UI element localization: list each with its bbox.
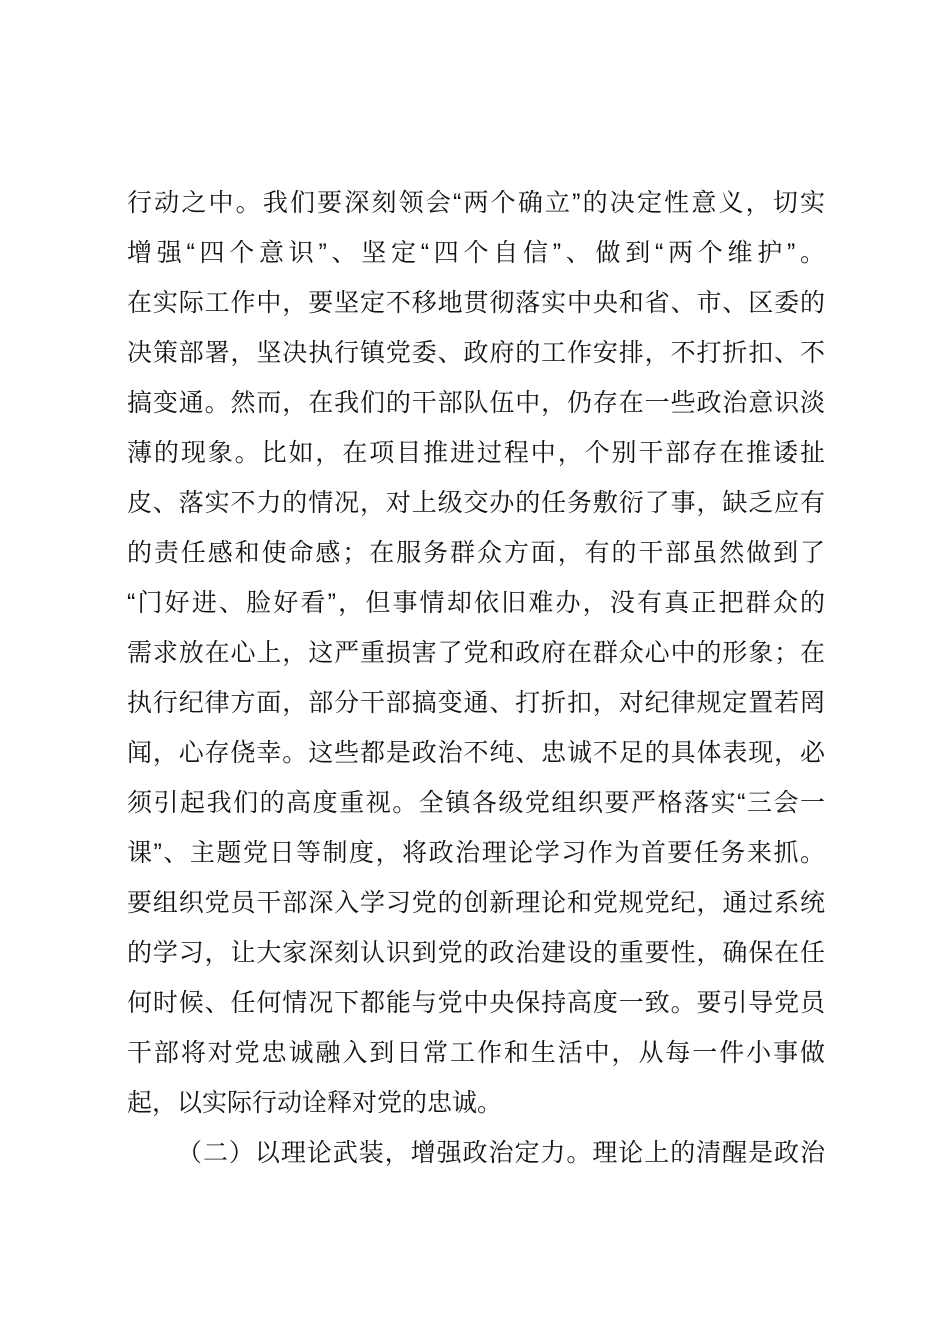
document-line: 执行纪律方面，部分干部搞变通、打折扣，对纪律规定置若罔 xyxy=(127,678,825,728)
document-line: 增强“四个意识”、坚定“四个自信”、做到“两个维护”。 xyxy=(127,228,825,278)
document-line: 在实际工作中，要坚定不移地贯彻落实中央和省、市、区委的 xyxy=(127,278,825,328)
document-line: 干部将对党忠诚融入到日常工作和生活中，从每一件小事做 xyxy=(127,1028,825,1078)
document-line: 搞变通。然而，在我们的干部队伍中，仍存在一些政治意识淡 xyxy=(127,378,825,428)
text-block: 行动之中。我们要深刻领会“两个确立”的决定性意义，切实 增强“四个意识”、坚定“… xyxy=(127,178,825,1178)
document-line-paragraph-end: 起，以实际行动诠释对党的忠诚。 xyxy=(127,1078,825,1128)
document-line: 要组织党员干部深入学习党的创新理论和党规党纪，通过系统 xyxy=(127,878,825,928)
document-line: 薄的现象。比如，在项目推进过程中，个别干部存在推诿扯 xyxy=(127,428,825,478)
document-line: 皮、落实不力的情况，对上级交办的任务敷衍了事，缺乏应有 xyxy=(127,478,825,528)
document-line: 须引起我们的高度重视。全镇各级党组织要严格落实“三会一 xyxy=(127,778,825,828)
document-line: 闻，心存侥幸。这些都是政治不纯、忠诚不足的具体表现，必 xyxy=(127,728,825,778)
document-line-section-heading: （二）以理论武装，增强政治定力。理论上的清醒是政治 xyxy=(127,1128,825,1178)
document-line: 课”、主题党日等制度，将政治理论学习作为首要任务来抓。 xyxy=(127,828,825,878)
document-line: “门好进、脸好看”，但事情却依旧难办，没有真正把群众的 xyxy=(127,578,825,628)
document-line: 的责任感和使命感；在服务群众方面，有的干部虽然做到了 xyxy=(127,528,825,578)
document-line: 需求放在心上，这严重损害了党和政府在群众心中的形象；在 xyxy=(127,628,825,678)
document-line: 行动之中。我们要深刻领会“两个确立”的决定性意义，切实 xyxy=(127,178,825,228)
document-line: 决策部署，坚决执行镇党委、政府的工作安排，不打折扣、不 xyxy=(127,328,825,378)
document-line: 的学习，让大家深刻认识到党的政治建设的重要性，确保在任 xyxy=(127,928,825,978)
document-page: 行动之中。我们要深刻领会“两个确立”的决定性意义，切实 增强“四个意识”、坚定“… xyxy=(0,0,950,1344)
document-line: 何时候、任何情况下都能与党中央保持高度一致。要引导党员 xyxy=(127,978,825,1028)
